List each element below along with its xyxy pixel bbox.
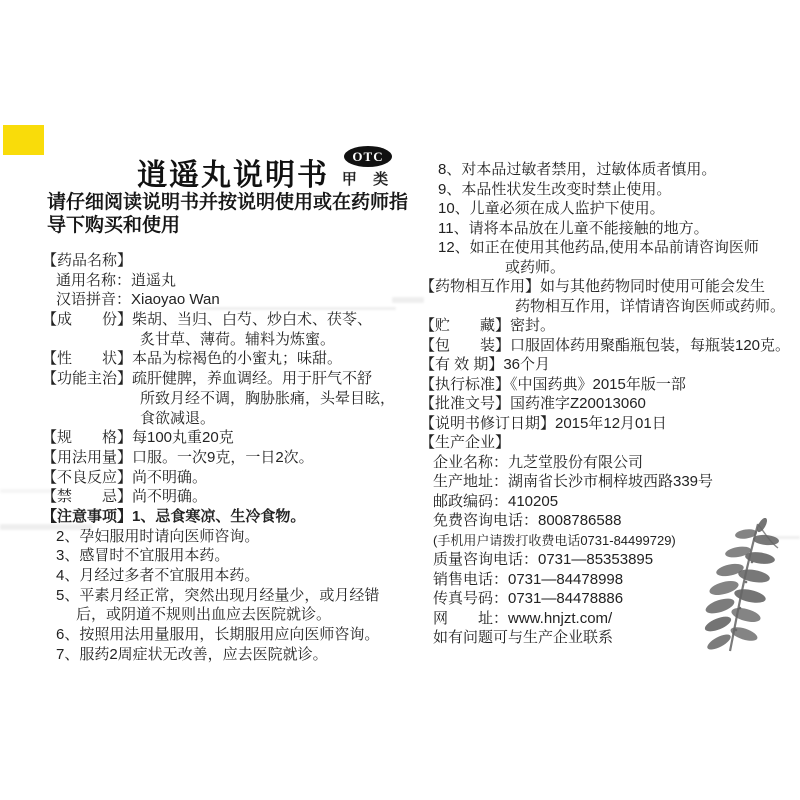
- leaflet-line: 【性 状】本品为棕褐色的小蜜丸；味甜。: [42, 349, 412, 369]
- leaflet-line: 【注意事项】1、忌食寒凉、生冷食物。: [42, 507, 412, 527]
- leaflet-line: 9、本品性状发生改变时禁止使用。: [420, 180, 798, 200]
- leaflet-line: 【执行标准】《中国药典》2015年版一部: [420, 375, 798, 395]
- leaflet-line: 所致月经不调，胸胁胀痛，头晕目眩，: [42, 389, 412, 409]
- leaflet-line: 3、感冒时不宜服用本药。: [42, 546, 412, 566]
- otc-category-label: 甲 类: [340, 168, 396, 189]
- left-column: 【药品名称】 通用名称：逍遥丸 汉语拼音：Xiaoyao Wan 【成 份】柴胡…: [42, 251, 412, 664]
- leaflet-line: 食欲减退。: [42, 409, 412, 429]
- leaflet-line: 【贮 藏】密封。: [420, 316, 798, 336]
- leaflet-line: 11、请将本品放在儿童不能接触的地方。: [420, 219, 798, 239]
- otc-badge: OTC 甲 类: [340, 146, 396, 189]
- leaflet-line: 通用名称：逍遥丸: [42, 271, 412, 291]
- notice-line: 导下购买和使用: [47, 214, 427, 237]
- leaflet-line: 邮政编码：410205: [420, 492, 798, 512]
- leaflet-line: 【用法用量】口服。一次9克，一日2次。: [42, 448, 412, 468]
- leaflet-line: 【批准文号】国药准字Z20013060: [420, 394, 798, 414]
- leaflet-line: 药物相互作用，详情请咨询医师或药师。: [420, 297, 798, 317]
- scan-artifact: [0, 489, 52, 493]
- leaflet-line: 【不良反应】尚不明确。: [42, 468, 412, 488]
- leaflet-line: 12、如正在使用其他药品,使用本品前请咨询医师: [420, 238, 798, 258]
- leaflet-line: 【成 份】柴胡、当归、白芍、炒白术、茯苓、: [42, 310, 412, 330]
- leaflet-line: 【药物相互作用】如与其他药物同时使用可能会发生: [420, 277, 798, 297]
- scan-artifact: [200, 307, 396, 310]
- scan-artifact: [392, 297, 424, 303]
- scan-artifact: [762, 536, 800, 539]
- leaflet-line: 后，或阴道不规则出血应去医院就诊。: [42, 605, 412, 625]
- leaflet-line: 【包 装】口服固体药用聚酯瓶包装，每瓶装120克。: [420, 336, 798, 356]
- leaflet-line: 【规 格】每100丸重20克: [42, 428, 412, 448]
- leaflet-line: 4、月经过多者不宜服用本药。: [42, 566, 412, 586]
- scan-artifact: [0, 524, 92, 530]
- leaflet-line: 【药品名称】: [42, 251, 412, 271]
- leaflet-line: 【禁 忌】尚不明确。: [42, 487, 412, 507]
- leaflet-line: 【功能主治】疏肝健脾，养血调经。用于肝气不舒: [42, 369, 412, 389]
- leaflet-line: 炙甘草、薄荷。辅料为炼蜜。: [42, 330, 412, 350]
- leaflet-line: 或药师。: [420, 258, 798, 278]
- leaflet-line: 5、平素月经正常，突然出现月经量少，或月经错: [42, 586, 412, 606]
- leaflet-page: 逍遥丸说明书 OTC 甲 类 请仔细阅读说明书并按说明使用或在药师指 导下购买和…: [0, 0, 800, 800]
- yellow-highlight-block: [3, 125, 44, 155]
- leaflet-line: 【生产企业】: [420, 433, 798, 453]
- usage-notice: 请仔细阅读说明书并按说明使用或在药师指 导下购买和使用: [47, 191, 427, 237]
- leaflet-line: 生产地址：湖南省长沙市桐梓坡西路339号: [420, 472, 798, 492]
- leaflet-line: 2、孕妇服用时请向医师咨询。: [42, 527, 412, 547]
- leaflet-line: 10、儿童必须在成人监护下使用。: [420, 199, 798, 219]
- notice-line: 请仔细阅读说明书并按说明使用或在药师指: [47, 191, 427, 214]
- leaflet-line: 6、按照用法用量服用，长期服用应向医师咨询。: [42, 625, 412, 645]
- otc-icon: OTC: [344, 146, 392, 167]
- leaflet-line: 【说明书修订日期】2015年12月01日: [420, 414, 798, 434]
- leaflet-line: 【有 效 期】36个月: [420, 355, 798, 375]
- leaflet-line: 7、服药2周症状无改善，应去医院就诊。: [42, 645, 412, 665]
- leaflet-line: 8、对本品过敏者禁用，过敏体质者慎用。: [420, 160, 798, 180]
- leaflet-line: 企业名称：九芝堂股份有限公司: [420, 453, 798, 473]
